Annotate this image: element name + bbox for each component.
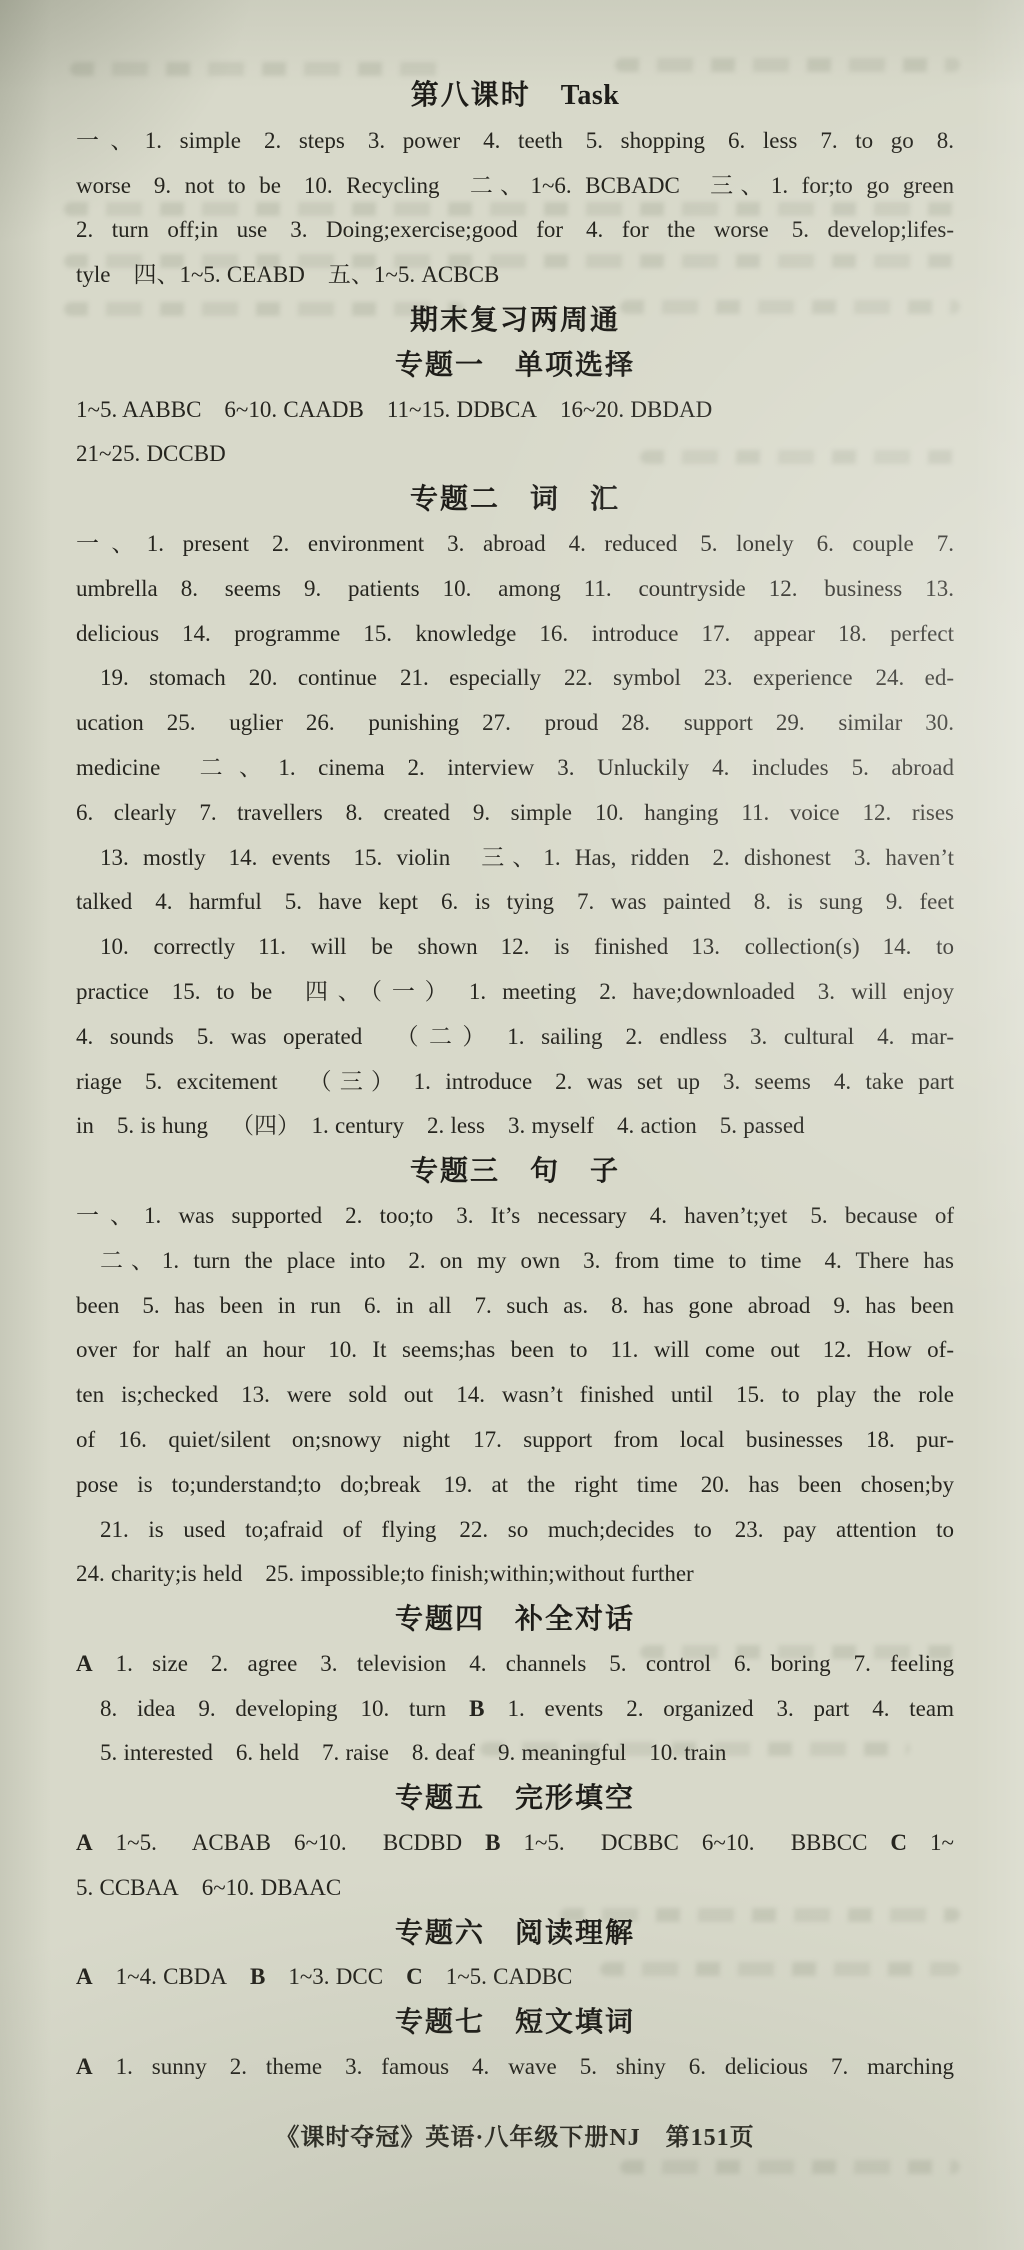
section-heading: 专题五 完形填空 [76,1776,954,1821]
text-segment: 10. correctly 11. will be shown 12. is f… [100,934,954,959]
text-line: 8. idea 9. developing 10. turn B 1. even… [76,1687,954,1732]
text-line: 24. charity;is held 25. impossible;to fi… [76,1552,954,1597]
text-segment: pose is to;understand;to do;break 19. at… [76,1472,954,1497]
text-line: 21~25. DCCBD [76,432,954,477]
section-heading: 专题三 句 子 [76,1149,954,1194]
text-segment: 1~3. DCC [265,1964,406,1989]
text-segment: 一、1. simple 2. steps 3. power 4. teeth 5… [76,128,954,153]
text-segment: ucation 25. uglier 26. punishing 27. pro… [76,710,954,735]
bold-label: A [76,2054,93,2079]
text-segment: umbrella 8. seems 9. patients 10. among … [76,576,954,601]
text-segment: 一、1. was supported 2. too;to 3. It’s nec… [76,1203,954,1228]
text-segment: worse 9. not to be 10. Recycling 二、1~6. … [76,173,954,198]
text-line: 5. CCBAA 6~10. DBAAC [76,1866,954,1911]
text-line: been 5. has been in run 6. in all 7. suc… [76,1284,954,1329]
text-line: delicious 14. programme 15. knowledge 16… [76,612,954,657]
text-segment: talked 4. harmful 5. have kept 6. is tyi… [76,889,954,914]
text-line: 6. clearly 7. travellers 8. created 9. s… [76,791,954,836]
section-heading: 专题七 短文填词 [76,2000,954,2045]
bold-label: A [76,1964,93,1989]
section-heading: 专题一 单项选择 [76,343,954,388]
bold-label: B [250,1964,265,1989]
text-segment: 6. clearly 7. travellers 8. created 9. s… [76,800,954,825]
text-line: 二、1. turn the place into 2. on my own 3.… [76,1239,954,1284]
text-segment: 1~ [907,1830,954,1855]
text-line: 1~5. AABBC 6~10. CAADB 11~15. DDBCA 16~2… [76,388,954,433]
text-line: tyle 四、1~5. CEABD 五、1~5. ACBCB [76,253,954,298]
text-segment: 5. interested 6. held 7. raise 8. deaf 9… [100,1740,726,1765]
section-heading: 专题二 词 汇 [76,477,954,522]
text-segment: over for half an hour 10. It seems;has b… [76,1337,954,1362]
text-line: ucation 25. uglier 26. punishing 27. pro… [76,701,954,746]
text-line: 5. interested 6. held 7. raise 8. deaf 9… [76,1731,954,1776]
text-line: 13. mostly 14. events 15. violin 三、1. Ha… [76,836,954,881]
text-segment: tyle 四、1~5. CEABD 五、1~5. ACBCB [76,262,499,287]
section-heading: 第八课时 Task [76,73,954,119]
text-line: A 1~4. CBDA B 1~3. DCC C 1~5. CADBC [76,1955,954,2000]
bold-label: A [76,1830,93,1855]
text-segment: 2. turn off;in use 3. Doing;exercise;goo… [76,217,954,242]
text-segment: 专题四 补全对话 [395,1603,635,1634]
text-segment: 1~4. CBDA [93,1964,250,1989]
text-segment: practice 15. to be 四、（一） 1. meeting 2. h… [76,979,954,1004]
bold-label: B [485,1830,500,1855]
bold-label: A [76,1651,93,1676]
text-line: A 1. size 2. agree 3. television 4. chan… [76,1642,954,1687]
bold-label: C [890,1830,907,1855]
text-segment: 21~25. DCCBD [76,441,226,466]
text-line: medicine 二、1. cinema 2. interview 3. Unl… [76,746,954,791]
text-segment: in 5. is hung （四） 1. century 2. less 3. … [76,1113,805,1138]
answer-sheet: 第八课时 Task一、1. simple 2. steps 3. power 4… [0,0,1024,2250]
text-segment: 1. sunny 2. theme 3. famous 4. wave 5. s… [93,2054,954,2079]
text-segment: 1. events 2. organized 3. part 4. team [484,1696,954,1721]
text-line: worse 9. not to be 10. Recycling 二、1~6. … [76,164,954,209]
text-segment: 1~5. ACBAB 6~10. BCDBD [93,1830,486,1855]
text-line: 一、1. simple 2. steps 3. power 4. teeth 5… [76,119,954,164]
document-body: 第八课时 Task一、1. simple 2. steps 3. power 4… [76,73,954,2090]
text-line: practice 15. to be 四、（一） 1. meeting 2. h… [76,970,954,1015]
text-segment: 一、1. present 2. environment 3. abroad 4.… [76,531,954,556]
text-segment: 第八课时 [411,79,561,110]
page-footer: 《课时夺冠》英语·八年级下册NJ 第151页 [76,2120,954,2156]
text-line: umbrella 8. seems 9. patients 10. among … [76,567,954,612]
text-segment: 二、1. turn the place into 2. on my own 3.… [100,1248,954,1273]
text-segment: 期末复习两周通 [410,304,620,335]
text-line: 4. sounds 5. was operated （二） 1. sailing… [76,1015,954,1060]
text-line: over for half an hour 10. It seems;has b… [76,1328,954,1373]
text-segment: been 5. has been in run 6. in all 7. suc… [76,1293,954,1318]
text-line: ten is;checked 13. were sold out 14. was… [76,1373,954,1418]
text-segment: 1. size 2. agree 3. television 4. channe… [93,1651,954,1676]
text-line: A 1. sunny 2. theme 3. famous 4. wave 5.… [76,2045,954,2090]
text-line: 10. correctly 11. will be shown 12. is f… [76,925,954,970]
text-segment: 5. CCBAA 6~10. DBAAC [76,1875,341,1900]
text-segment: 专题二 词 汇 [410,483,620,514]
section-heading: 专题六 阅读理解 [76,1911,954,1956]
text-line: 19. stomach 20. continue 21. especially … [76,656,954,701]
text-line: in 5. is hung （四） 1. century 2. less 3. … [76,1104,954,1149]
text-segment: 专题三 句 子 [410,1155,620,1186]
text-segment: of 16. quiet/silent on;snowy night 17. s… [76,1427,954,1452]
text-line: talked 4. harmful 5. have kept 6. is tyi… [76,880,954,925]
text-segment: 24. charity;is held 25. impossible;to fi… [76,1561,694,1586]
section-heading: 专题四 补全对话 [76,1597,954,1642]
text-segment: riage 5. excitement （三） 1. introduce 2. … [76,1069,954,1094]
text-segment: 1~5. AABBC 6~10. CAADB 11~15. DDBCA 16~2… [76,397,712,422]
text-segment: 专题五 完形填空 [395,1782,635,1813]
text-line: 一、1. present 2. environment 3. abroad 4.… [76,522,954,567]
text-segment: ten is;checked 13. were sold out 14. was… [76,1382,954,1407]
text-line: 一、1. was supported 2. too;to 3. It’s nec… [76,1194,954,1239]
bold-label: B [469,1696,484,1721]
text-segment: 专题六 阅读理解 [395,1917,635,1948]
text-line: pose is to;understand;to do;break 19. at… [76,1463,954,1508]
text-segment: 专题七 短文填词 [395,2006,635,2037]
text-line: A 1~5. ACBAB 6~10. BCDBD B 1~5. DCBBC 6~… [76,1821,954,1866]
text-segment: Task [561,80,620,111]
text-line: 2. turn off;in use 3. Doing;exercise;goo… [76,208,954,253]
section-heading: 期末复习两周通 [76,298,954,343]
text-segment: 8. idea 9. developing 10. turn [100,1696,469,1721]
text-line: riage 5. excitement （三） 1. introduce 2. … [76,1060,954,1105]
text-segment: 21. is used to;afraid of flying 22. so m… [100,1517,954,1542]
text-segment: 专题一 单项选择 [395,349,635,380]
text-segment: 4. sounds 5. was operated （二） 1. sailing… [76,1024,954,1049]
bold-label: C [406,1964,423,1989]
text-line: of 16. quiet/silent on;snowy night 17. s… [76,1418,954,1463]
text-segment: 1~5. CADBC [423,1964,573,1989]
text-line: 21. is used to;afraid of flying 22. so m… [76,1508,954,1553]
text-segment: 13. mostly 14. events 15. violin 三、1. Ha… [100,845,954,870]
text-segment: delicious 14. programme 15. knowledge 16… [76,621,954,646]
text-segment: 1~5. DCBBC 6~10. BBBCC [500,1830,890,1855]
text-segment: 19. stomach 20. continue 21. especially … [100,665,954,690]
text-segment: medicine 二、1. cinema 2. interview 3. Unl… [76,755,954,780]
scanned-page: { "page": { "paper_color": "#d8d9ca", "i… [0,0,1024,2250]
